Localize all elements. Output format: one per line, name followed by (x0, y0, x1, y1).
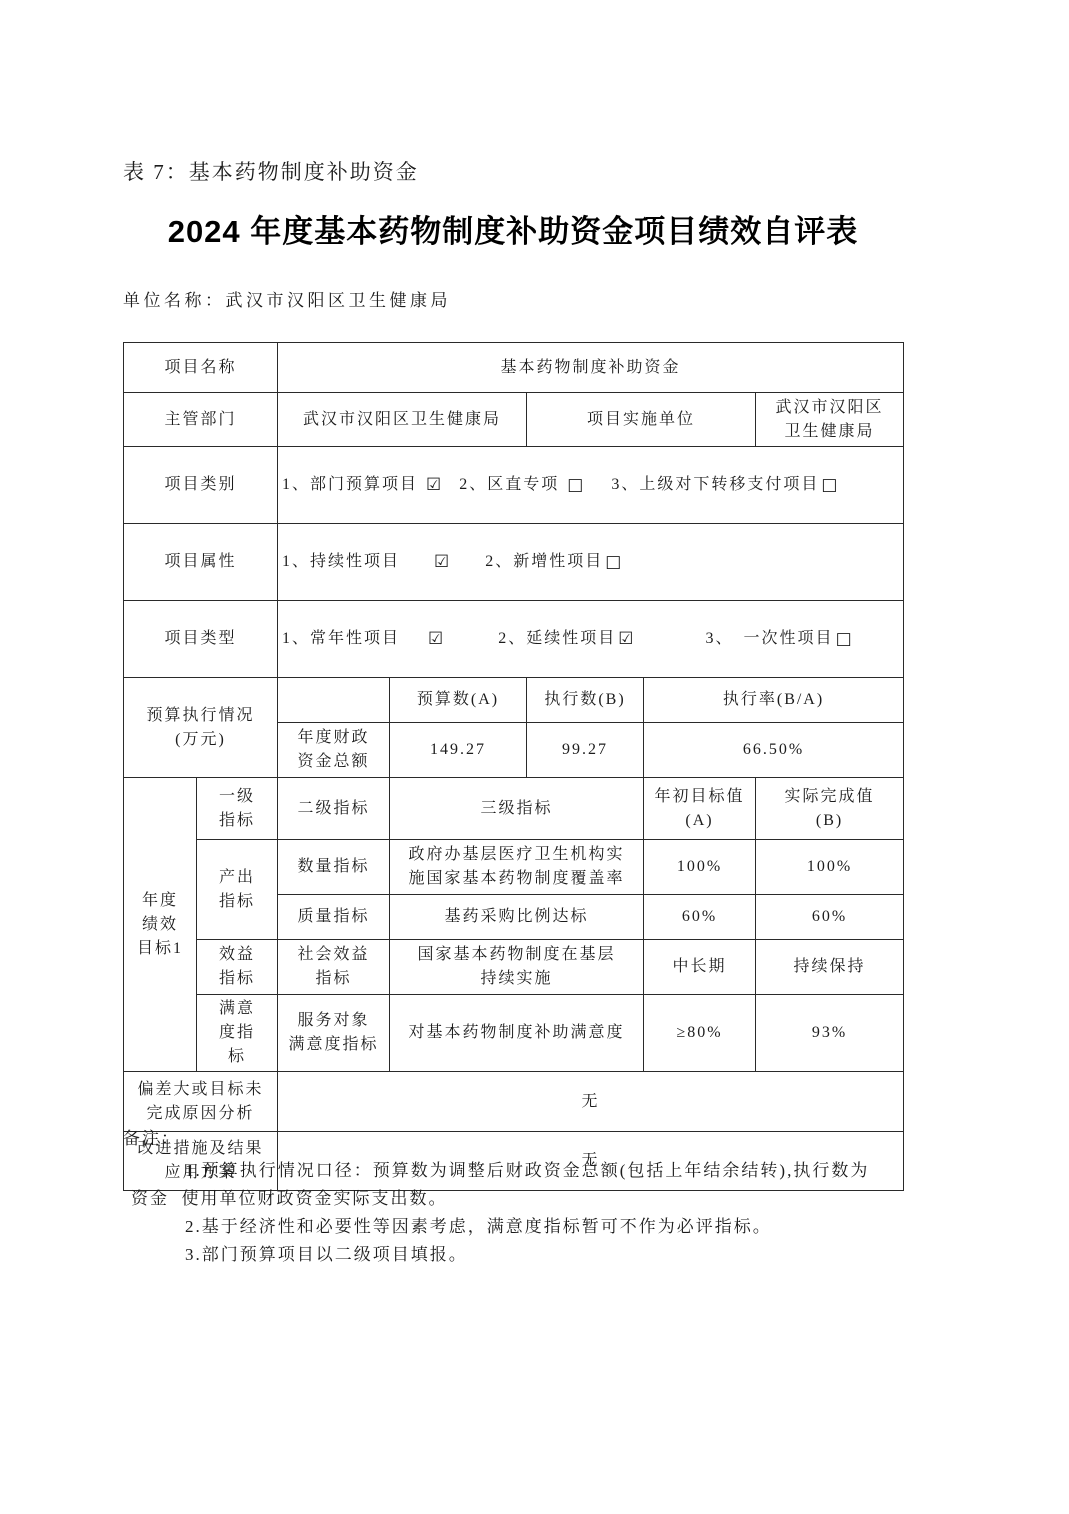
benefit-target-value: 中长期 (644, 940, 756, 995)
budget-rate-header: 执行率(B/A) (644, 678, 904, 723)
quantity-indicator-name: 政府办基层医疗卫生机构实 施国家基本药物制度覆盖率 (390, 840, 644, 895)
department-value: 武汉市汉阳区卫生健康局 (278, 393, 527, 447)
checkbox-checked-icon: ☑ (426, 477, 441, 494)
option-one-time-project: 3、 一次性项目 □ (706, 627, 852, 651)
option-new-project: 2、新增性项目 □ (485, 550, 621, 574)
option-row: 1、持续性项目 ☑ 2、新增性项目 □ (282, 550, 899, 574)
notes-title: 备注： (123, 1124, 933, 1149)
implementing-unit-label: 项目实施单位 (527, 393, 756, 447)
deviation-analysis-value: 无 (278, 1072, 904, 1132)
checkbox-unchecked-icon: □ (605, 554, 621, 571)
project-attribute-label: 项目属性 (124, 524, 278, 601)
option-transfer-payment: 3、上级对下转移支付项目 □ (611, 473, 837, 497)
project-name-label: 项目名称 (124, 343, 278, 393)
implementing-unit-value: 武汉市汉阳区 卫生健康局 (756, 393, 904, 447)
quality-indicator-name: 基药采购比例达标 (390, 895, 644, 940)
budget-amount-value: 149.27 (390, 723, 527, 778)
option-continuous-project: 1、持续性项目 ☑ (282, 550, 449, 574)
quality-target-value: 60% (644, 895, 756, 940)
satisfaction-indicator-label: 满意 度指 标 (197, 995, 278, 1072)
satisfaction-indicator-row: 满意 度指 标 服务对象 满意度指标 对基本药物制度补助满意度 ≥80% 93% (124, 995, 904, 1072)
benefit-indicator-name: 国家基本药物制度在基层 持续实施 (390, 940, 644, 995)
satisfaction-target-value: ≥80% (644, 995, 756, 1072)
quantity-indicator-row: 产出 指标 数量指标 政府办基层医疗卫生机构实 施国家基本药物制度覆盖率 100… (124, 840, 904, 895)
satisfaction-indicator-name: 对基本药物制度补助满意度 (390, 995, 644, 1072)
budget-empty-cell (278, 678, 390, 723)
project-category-options: 1、部门预算项目 ☑ 2、区直专项 □ 3、上级对下转移支付项目 □ (278, 447, 904, 524)
project-type-label: 项目类型 (124, 601, 278, 678)
checkbox-unchecked-icon: □ (567, 477, 583, 494)
option-label: 1、持续性项目 (282, 550, 400, 574)
project-attribute-row: 项目属性 1、持续性项目 ☑ 2、新增性项目 □ (124, 524, 904, 601)
level1-indicator-header: 一级 指标 (197, 778, 278, 840)
option-row: 1、部门预算项目 ☑ 2、区直专项 □ 3、上级对下转移支付项目 □ (282, 473, 899, 497)
quantity-actual-value: 100% (756, 840, 904, 895)
benefit-indicator-row: 效益 指标 社会效益 指标 国家基本药物制度在基层 持续实施 中长期 持续保持 (124, 940, 904, 995)
annual-goal-label: 年度 绩效 目标1 (124, 778, 197, 1072)
note-line-4: 3.部门预算项目以二级项目填报。 (123, 1241, 933, 1269)
document-page: 表 7：基本药物制度补助资金 2024 年度基本药物制度补助资金项目绩效自评表 … (0, 0, 1069, 1514)
checkbox-unchecked-icon: □ (821, 477, 837, 494)
option-label: 1、常年性项目 (282, 627, 400, 651)
performance-self-evaluation-table: 项目名称 基本药物制度补助资金 主管部门 武汉市汉阳区卫生健康局 项目实施单位 … (123, 342, 904, 1191)
document-title: 2024 年度基本药物制度补助资金项目绩效自评表 (113, 206, 913, 251)
option-row: 1、常年性项目 ☑ 2、延续性项目 ☑ 3、 一次性项目 □ (282, 627, 899, 651)
deviation-analysis-row: 偏差大或目标未 完成原因分析 无 (124, 1072, 904, 1132)
option-perennial-project: 1、常年性项目 ☑ (282, 627, 443, 651)
quantity-indicator-label: 数量指标 (278, 840, 390, 895)
checkbox-checked-icon: ☑ (428, 631, 443, 648)
option-label: 2、新增性项目 (485, 550, 603, 574)
checkbox-checked-icon: ☑ (434, 554, 449, 571)
project-category-row: 项目类别 1、部门预算项目 ☑ 2、区直专项 □ 3、上级对下转移支付项目 □ (124, 447, 904, 524)
option-label: 2、区直专项 (459, 473, 559, 497)
option-label: 2、延续性项目 (498, 627, 616, 651)
note-line-1: 1.预算执行情况口径：预算数为调整后财政资金总额(包括上年结余结转),执行数为 (123, 1157, 933, 1185)
exec-rate-value: 66.50% (644, 723, 904, 778)
actual-value-header: 实际完成值 (B) (756, 778, 904, 840)
notes-section: 备注： 1.预算执行情况口径：预算数为调整后财政资金总额(包括上年结余结转),执… (123, 1124, 933, 1269)
department-label: 主管部门 (124, 393, 278, 447)
budget-header-row: 预算执行情况 (万元) 预算数(A) 执行数(B) 执行率(B/A) (124, 678, 904, 723)
unit-name-line: 单位名称：武汉市汉阳区卫生健康局 (123, 286, 451, 311)
checkbox-checked-icon: ☑ (618, 631, 633, 648)
quality-actual-value: 60% (756, 895, 904, 940)
project-type-row: 项目类型 1、常年性项目 ☑ 2、延续性项目 ☑ 3、 一次性项目 □ (124, 601, 904, 678)
budget-col-b-header: 执行数(B) (527, 678, 644, 723)
benefit-actual-value: 持续保持 (756, 940, 904, 995)
indicator-header-row: 年度 绩效 目标1 一级 指标 二级指标 三级指标 年初目标值 (A) 实际完成… (124, 778, 904, 840)
checkbox-unchecked-icon: □ (836, 631, 852, 648)
project-name-row: 项目名称 基本药物制度补助资金 (124, 343, 904, 393)
quantity-target-value: 100% (644, 840, 756, 895)
project-type-options: 1、常年性项目 ☑ 2、延续性项目 ☑ 3、 一次性项目 □ (278, 601, 904, 678)
note-line-3: 2.基于经济性和必要性等因素考虑，满意度指标暂可不作为必评指标。 (123, 1213, 933, 1241)
budget-col-a-header: 预算数(A) (390, 678, 527, 723)
department-row: 主管部门 武汉市汉阳区卫生健康局 项目实施单位 武汉市汉阳区 卫生健康局 (124, 393, 904, 447)
option-dept-budget-project: 1、部门预算项目 ☑ (282, 473, 441, 497)
table-number-label: 表 7：基本药物制度补助资金 (123, 156, 419, 186)
annual-fund-label: 年度财政 资金总额 (278, 723, 390, 778)
output-indicator-label: 产出 指标 (197, 840, 278, 940)
option-label: 1、部门预算项目 (282, 473, 418, 497)
benefit-indicator-label: 效益 指标 (197, 940, 278, 995)
exec-amount-value: 99.27 (527, 723, 644, 778)
option-district-special: 2、区直专项 □ (459, 473, 583, 497)
project-name-value: 基本药物制度补助资金 (278, 343, 904, 393)
project-attribute-options: 1、持续性项目 ☑ 2、新增性项目 □ (278, 524, 904, 601)
note-line-2: 资金 使用单位财政资金实际支出数。 (123, 1185, 933, 1213)
deviation-analysis-label: 偏差大或目标未 完成原因分析 (124, 1072, 278, 1132)
option-label: 3、上级对下转移支付项目 (611, 473, 819, 497)
option-continuation-project: 2、延续性项目 ☑ (498, 627, 633, 651)
satisfaction-actual-value: 93% (756, 995, 904, 1072)
budget-section-label: 预算执行情况 (万元) (124, 678, 278, 778)
project-category-label: 项目类别 (124, 447, 278, 524)
service-target-satisfaction-label: 服务对象 满意度指标 (278, 995, 390, 1072)
target-value-header: 年初目标值 (A) (644, 778, 756, 840)
level3-indicator-header: 三级指标 (390, 778, 644, 840)
social-benefit-label: 社会效益 指标 (278, 940, 390, 995)
option-label: 3、 一次性项目 (706, 627, 834, 651)
level2-indicator-header: 二级指标 (278, 778, 390, 840)
quality-indicator-label: 质量指标 (278, 895, 390, 940)
